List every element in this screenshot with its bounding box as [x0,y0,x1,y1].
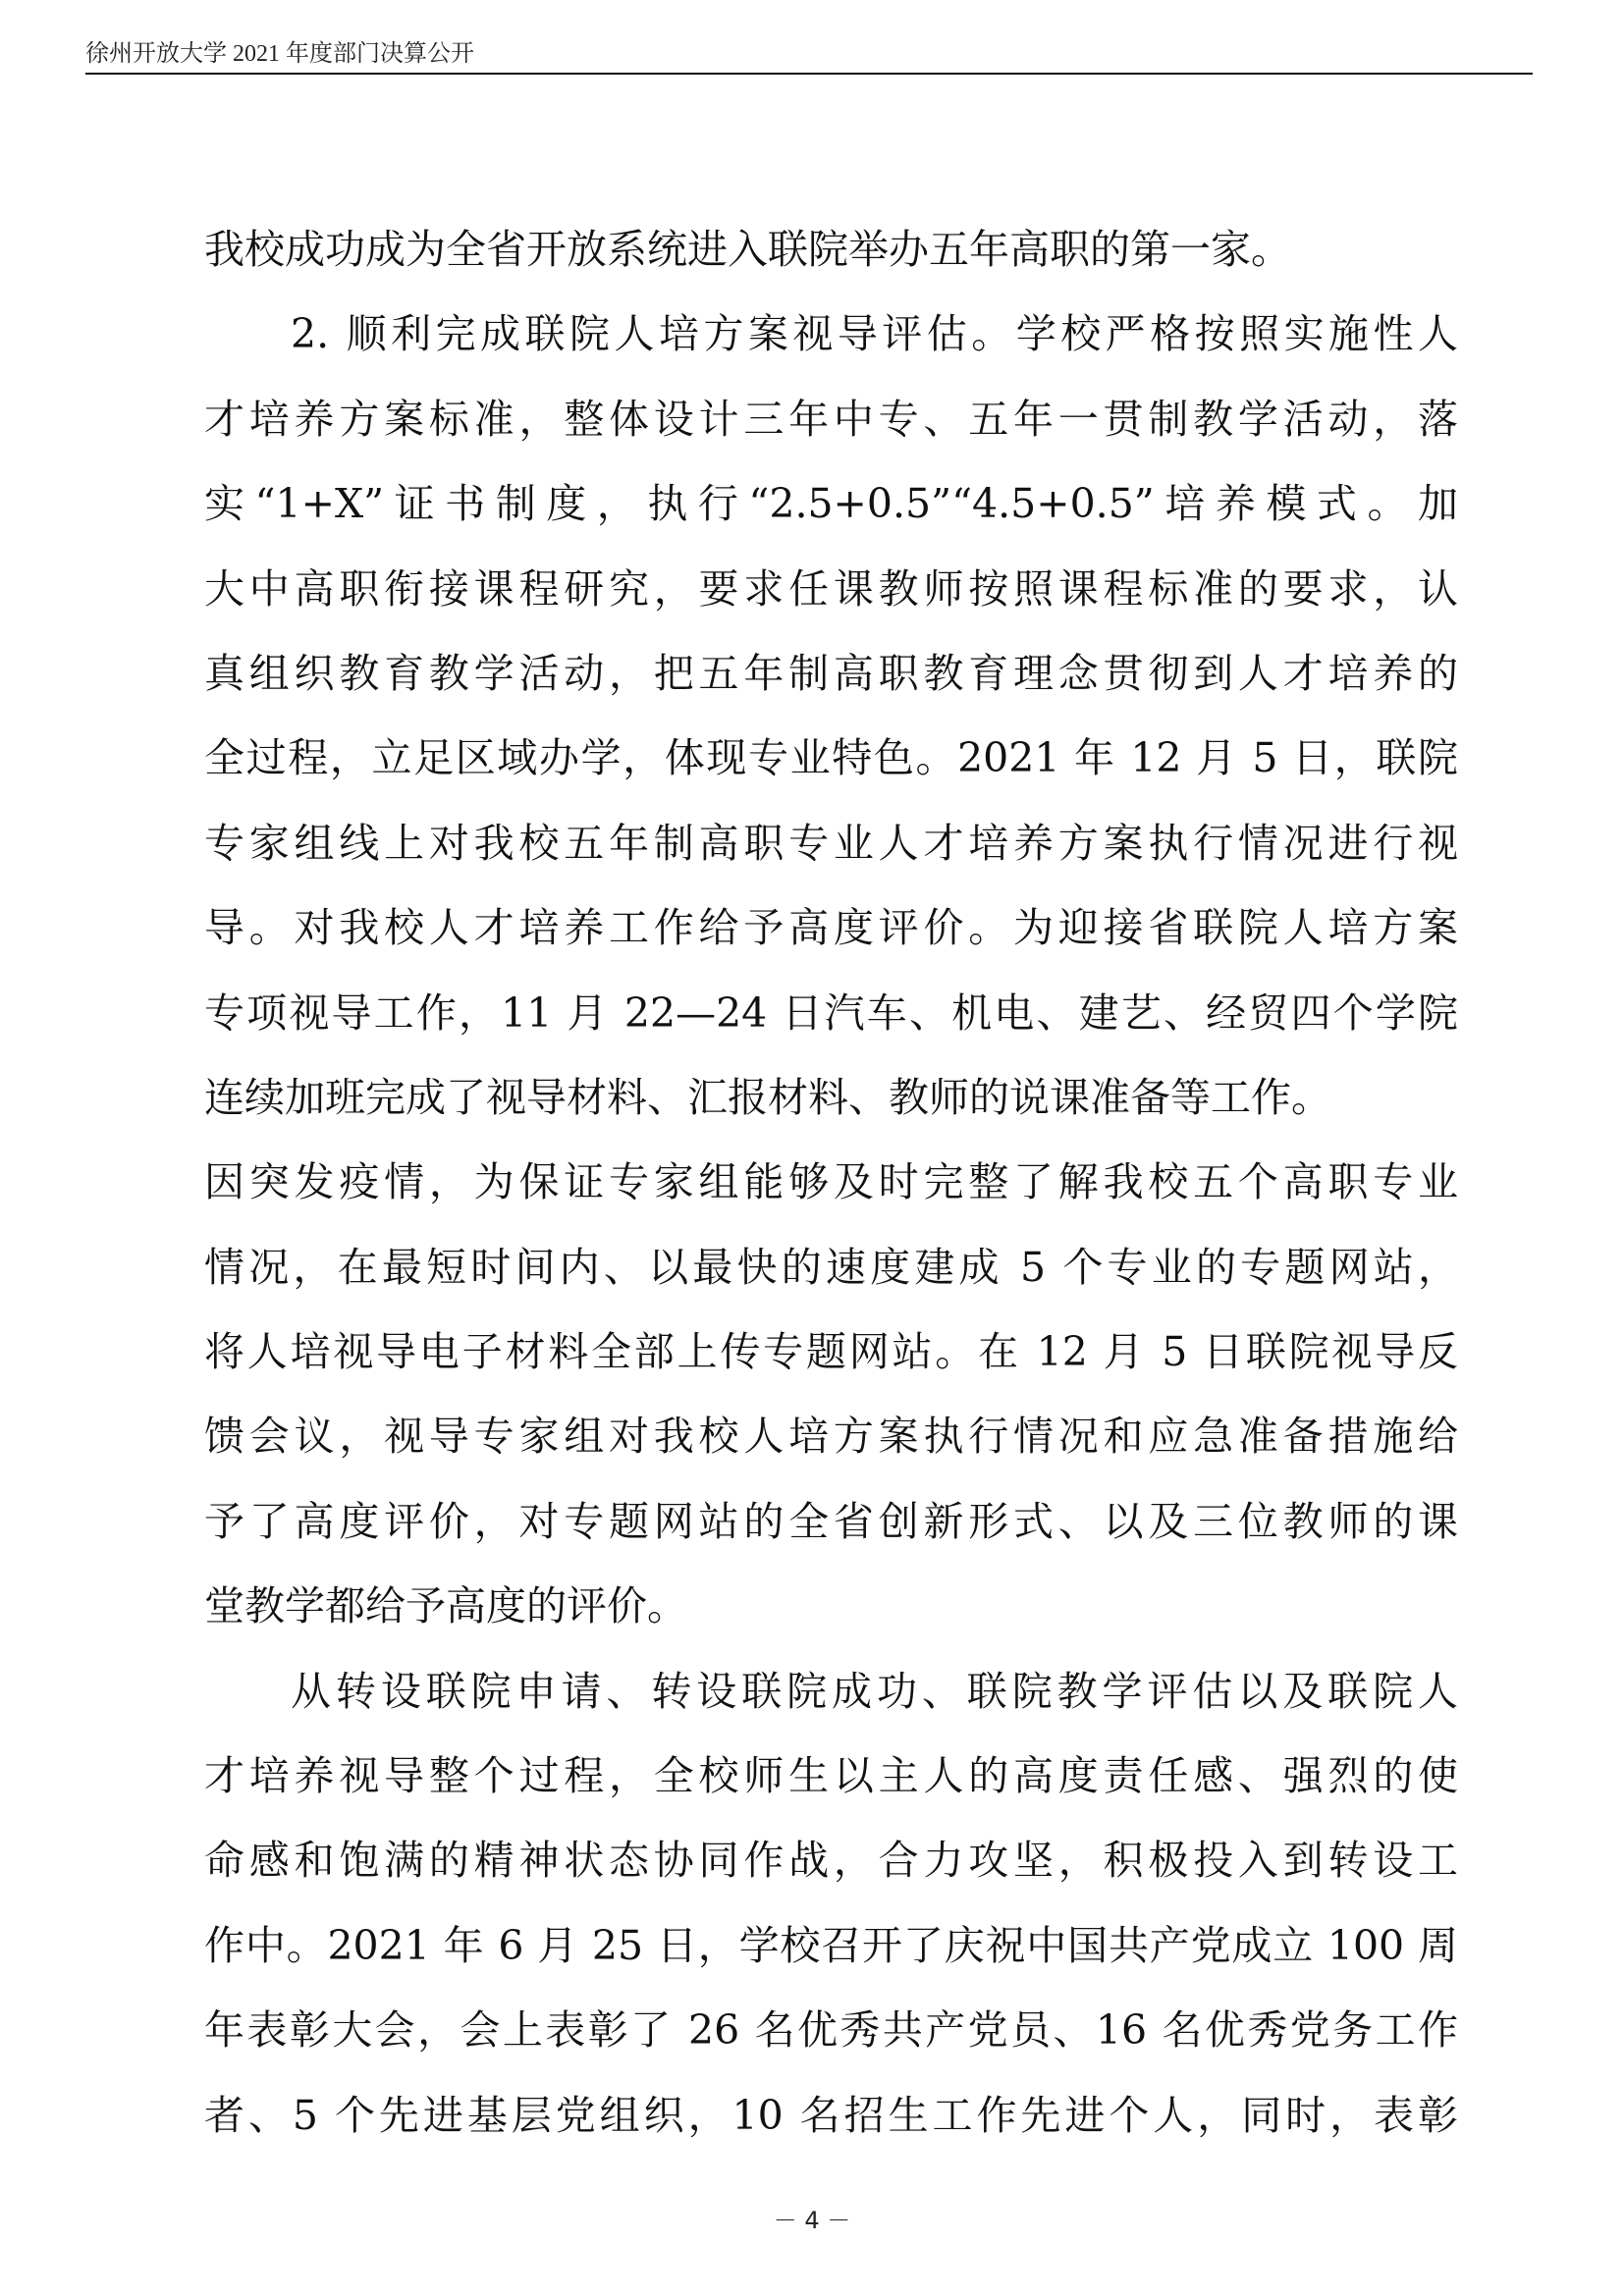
paragraph-1-line: 大中高职衔接课程研究，要求任课教师按照课程标准的要求，认 [204,561,1458,646]
paragraph-1-line: 才培养方案标准，整体设计三年中专、五年一贯制教学活动，落 [204,392,1458,476]
paragraph-1-line: 专家组线上对我校五年制高职专业人才培养方案执行情况进行视 [204,816,1458,900]
paragraph-1-line: 2. 顺利完成联院人培方案视导评估。学校严格按照实施性人 [204,306,1458,391]
header-divider [85,73,1533,75]
paragraph-1-line: 堂教学都给予高度的评价。 [204,1578,1458,1663]
paragraph-2-line: 命感和饱满的精神状态协同作战，合力攻坚，积极投入到转设工 [204,1833,1458,1917]
paragraph-1-line: 全过程，立足区域办学，体现专业特色。2021 年 12 月 5 日，联院 [204,730,1458,815]
paragraph-1-line: 连续加班完成了视导材料、汇报材料、教师的说课准备等工作。 [204,1070,1458,1154]
running-header: 徐州开放大学 2021 年度部门决算公开 [85,33,474,68]
paragraph-1-line: 专项视导工作，11 月 22—24 日汽车、机电、建艺、经贸四个学院 [204,986,1458,1070]
paragraph-1-line: 馈会议，视导专家组对我校人培方案执行情况和应急准备措施给 [204,1409,1458,1493]
paragraph-1-line: 将人培视导电子材料全部上传专题网站。在 12 月 5 日联院视导反 [204,1324,1458,1409]
paragraph-2-line: 才培养视导整个过程，全校师生以主人的高度责任感、强烈的使 [204,1748,1458,1833]
paragraph-1-line: 情况，在最短时间内、以最快的速度建成 5 个专业的专题网站， [204,1240,1458,1324]
paragraph-2-line: 年表彰大会，会上表彰了 26 名优秀共产党员、16 名优秀党务工作 [204,2002,1458,2087]
paragraph-1-line: 真组织教育教学活动，把五年制高职教育理念贯彻到人才培养的 [204,646,1458,730]
paragraph-1-line: 导。对我校人才培养工作给予高度评价。为迎接省联院人培方案 [204,900,1458,985]
paragraph-1-line: 因突发疫情，为保证专家组能够及时完整了解我校五个高职专业 [204,1154,1458,1239]
paragraph-2-line: 者、5 个先进基层党组织，10 名招生工作先进个人，同时，表彰 [204,2088,1458,2172]
paragraph-2-line: 作中。2021 年 6 月 25 日，学校召开了庆祝中国共产党成立 100 周 [204,1918,1458,2002]
paragraph-1-line: 予了高度评价，对专题网站的全省创新形式、以及三位教师的课 [204,1494,1458,1578]
document-body: 我校成功成为全省开放系统进入联院举办五年高职的第一家。 2. 顺利完成联院人培方… [204,222,1458,2172]
page-number: － 4 － [0,2201,1624,2235]
paragraph-0-line: 我校成功成为全省开放系统进入联院举办五年高职的第一家。 [204,222,1458,306]
paragraph-2-line: 从转设联院申请、转设联院成功、联院教学评估以及联院人 [204,1664,1458,1748]
paragraph-1-line: 实“1+X”证书制度，执行“2.5+0.5”“4.5+0.5”培养模式。加 [204,476,1458,561]
